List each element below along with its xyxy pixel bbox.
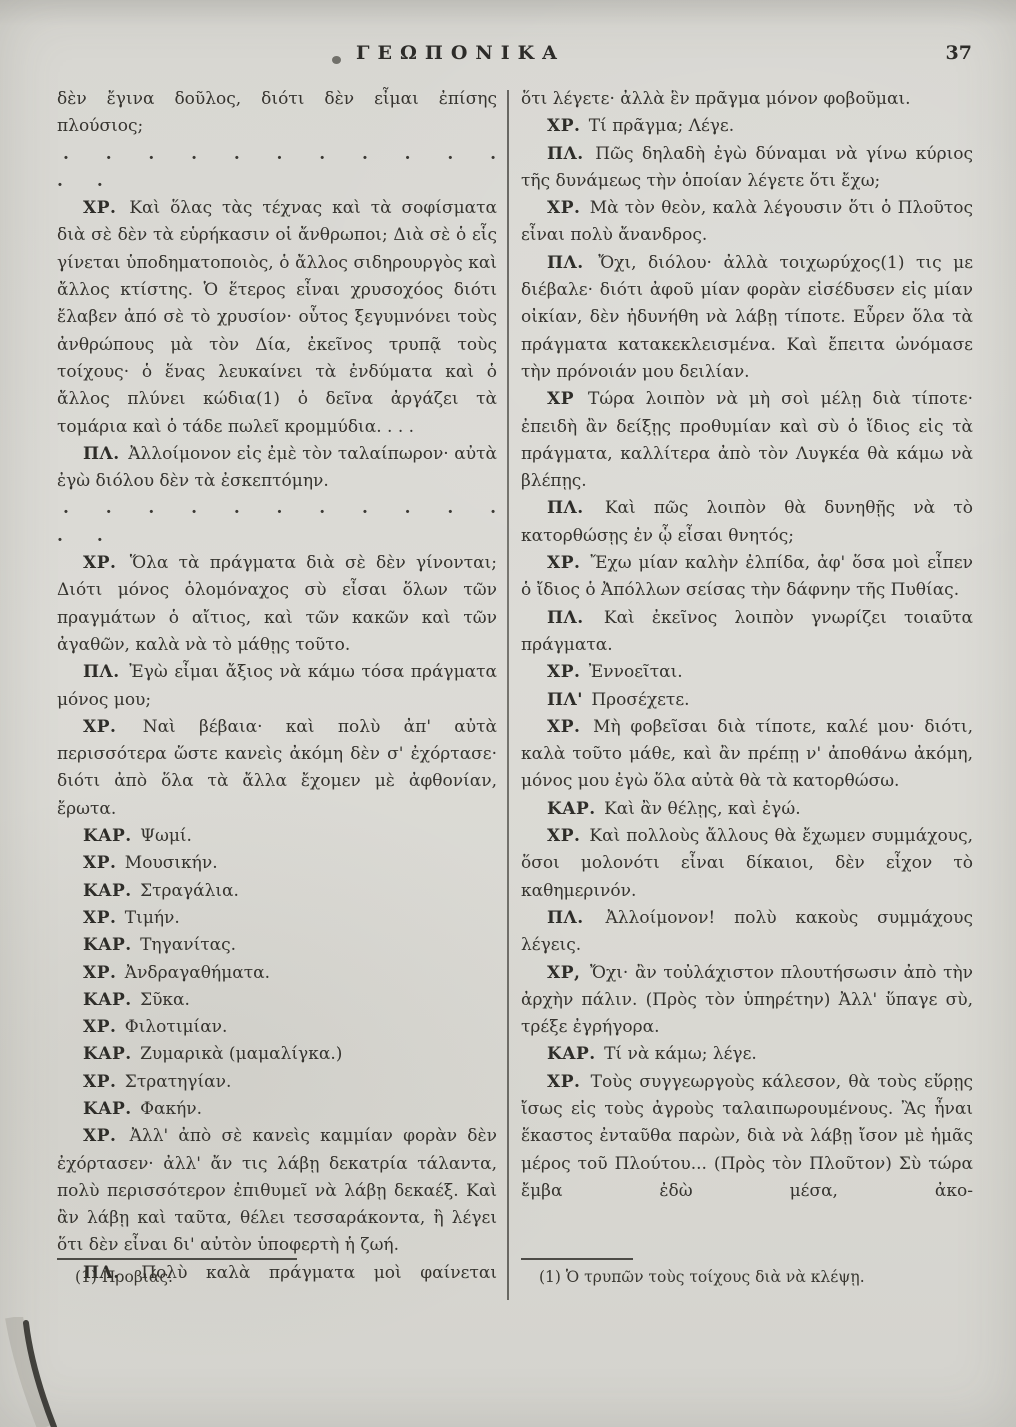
paragraph: ΚΑΡ. Φακήν.	[57, 1096, 497, 1123]
speaker-label: ΚΑΡ.	[83, 881, 135, 901]
speaker-label: ΚΑΡ.	[83, 826, 135, 846]
paragraph: ὅτι λέγετε· ἀλλὰ ἓν πρᾶγμα μόνον φοβοῦμα…	[521, 86, 973, 113]
speaker-label: ΧΡ.	[547, 826, 583, 846]
footnote-rule-right	[521, 1258, 633, 1260]
paragraph: ΠΛ. Πῶς δηλαδὴ ἐγὼ δύναμαι νὰ γίνω κύριο…	[521, 141, 973, 196]
paragraph: ΚΑΡ. Τί νὰ κάμω; λέγε.	[521, 1041, 973, 1068]
running-title: ΓΕΩΠΟΝΙΚΑ	[356, 42, 565, 64]
paragraph: ΧΡ. Ἀνδραγαθήματα.	[57, 960, 497, 987]
ink-smudge	[332, 56, 341, 64]
paragraph: ΧΡ. Ὅλα τὰ πράγματα διὰ σὲ δὲν γίνονται;…	[57, 550, 497, 659]
speaker-label: ΠΛ.	[547, 498, 587, 518]
paragraph: ΧΡ. Φιλοτιμίαν.	[57, 1014, 497, 1041]
speaker-label: ΚΑΡ.	[547, 799, 599, 819]
paragraph: ΧΡ. Καὶ ὅλας τὰς τέχνας καὶ τὰ σοφίσματα…	[57, 195, 497, 441]
speaker-label: ΠΛ.	[547, 144, 587, 164]
speaker-label: ΠΛ'	[547, 690, 586, 710]
book-page: ΓΕΩΠΟΝΙΚΑ 37 δὲν ἔγινα δοῦλος, διότι δὲν…	[0, 0, 1016, 1427]
paragraph: ΚΑΡ. Σῦκα.	[57, 987, 497, 1014]
speaker-label: ΧΡ.	[83, 908, 119, 928]
speaker-label: ΧΡ.	[83, 1017, 119, 1037]
ellipsis-row: . . . . . . . . . . . . .	[57, 141, 497, 196]
speaker-label: ΧΡ.	[547, 116, 583, 136]
paragraph: ΠΛ. Καὶ πῶς λοιπὸν θὰ δυνηθῇς νὰ τὸ κατο…	[521, 495, 973, 550]
speaker-label: ΧΡ.	[83, 553, 119, 573]
paragraph: ΧΡ, Ὄχι· ἂν τοὐλάχιστον πλουτήσωσιν ἀπὸ …	[521, 960, 973, 1042]
speaker-label: ΧΡ.	[83, 963, 119, 983]
page-number: 37	[946, 42, 972, 64]
paragraph: ΧΡ. Μὴ φοβεῖσαι διὰ τίποτε, καλέ μου· δι…	[521, 714, 973, 796]
speaker-label: ΚΑΡ.	[83, 990, 135, 1010]
paragraph: ΧΡ. Μὰ τὸν θεὸν, καλὰ λέγουσιν ὅτι ὁ Πλο…	[521, 195, 973, 250]
speaker-label: ΧΡ,	[547, 963, 583, 983]
column-right: ὅτι λέγετε· ἀλλὰ ἓν πρᾶγμα μόνον φοβοῦμα…	[521, 86, 973, 1205]
paragraph: ΧΡ. Στρατηγίαν.	[57, 1069, 497, 1096]
speaker-label: ΠΛ.	[547, 253, 587, 273]
paragraph: ΧΡ. Τοὺς συγγεωργοὺς κάλεσον, θὰ τοὺς εὕ…	[521, 1069, 973, 1205]
speaker-label: ΚΑΡ.	[83, 1044, 135, 1064]
paragraph: ΧΡ. Τί πρᾶγμα; Λέγε.	[521, 113, 973, 140]
speaker-label: ΧΡ	[547, 389, 577, 409]
paragraph: ΧΡ. Καὶ πολλοὺς ἄλλους θὰ ἔχωμεν συμμάχο…	[521, 823, 973, 905]
paragraph: ΧΡ Τώρα λοιπὸν νὰ μὴ σοὶ μέλῃ διὰ τίποτε…	[521, 386, 973, 495]
paragraph: ΧΡ. Ἀλλ' ἀπὸ σὲ κανεὶς καμμίαν φορὰν δὲν…	[57, 1123, 497, 1259]
footnote-right: (1) Ὁ τρυπῶν τοὺς τοίχους διὰ νὰ κλέψῃ.	[521, 1258, 973, 1286]
paragraph: ΧΡ. Μουσικήν.	[57, 850, 497, 877]
speaker-label: ΠΛ.	[83, 662, 123, 682]
paragraph: ΚΑΡ. Ψωμί.	[57, 823, 497, 850]
footnote-text-left: (1) Προβιάς.	[57, 1268, 497, 1286]
paragraph: ΚΑΡ. Ζυμαρικὰ (μαμαλίγκα.)	[57, 1041, 497, 1068]
paragraph: ΠΛ. Ἀλλοίμονον! πολὺ κακοὺς συμμάχους λέ…	[521, 905, 973, 960]
footnote-left: (1) Προβιάς.	[57, 1258, 497, 1286]
speaker-label: ΧΡ.	[83, 198, 119, 218]
paragraph: ΚΑΡ. Τηγανίτας.	[57, 932, 497, 959]
paragraph: ΧΡ. Ἔχω μίαν καλὴν ἐλπίδα, ἀφ' ὅσα μοὶ ε…	[521, 550, 973, 605]
speaker-label: ΧΡ.	[83, 717, 119, 737]
speaker-label: ΧΡ.	[547, 198, 583, 218]
speaker-label: ΠΛ.	[83, 444, 123, 464]
paragraph: ΧΡ. Ναὶ βέβαια· καὶ πολὺ ἀπ' αὐτὰ περισσ…	[57, 714, 497, 823]
speaker-label: ΚΑΡ.	[83, 1099, 135, 1119]
speaker-label: ΧΡ.	[83, 1072, 119, 1092]
speaker-label: ΧΡ.	[547, 553, 583, 573]
paragraph: ΧΡ. Ἐννοεῖται.	[521, 659, 973, 686]
paragraph: ΠΛ. Καὶ ἐκεῖνος λοιπὸν γνωρίζει τοιαῦτα …	[521, 605, 973, 660]
speaker-label: ΠΛ.	[547, 608, 587, 628]
page-curl-artifact	[0, 1317, 130, 1427]
speaker-label: ΧΡ.	[547, 662, 583, 682]
speaker-label: ΚΑΡ.	[547, 1044, 599, 1064]
paragraph: ΠΛ. Ὄχι, διόλου· ἀλλὰ τοιχωρύχος(1) τις …	[521, 250, 973, 386]
column-divider	[507, 90, 509, 1300]
speaker-label: ΚΑΡ.	[83, 935, 135, 955]
paragraph: ΠΛ. Ἀλλοίμονον εἰς ἐμὲ τὸν ταλαίπωρον· α…	[57, 441, 497, 496]
speaker-label: ΧΡ.	[547, 717, 583, 737]
paragraph: δὲν ἔγινα δοῦλος, διότι δὲν εἶμαι ἐπίσης…	[57, 86, 497, 141]
paragraph: ΚΑΡ. Καὶ ἂν θέλῃς, καὶ ἐγώ.	[521, 796, 973, 823]
paragraph: ΠΛ. Ἐγὼ εἶμαι ἄξιος νὰ κάμω τόσα πράγματ…	[57, 659, 497, 714]
speaker-label: ΠΛ.	[547, 908, 587, 928]
column-left: δὲν ἔγινα δοῦλος, διότι δὲν εἶμαι ἐπίσης…	[57, 86, 497, 1287]
paragraph: ΚΑΡ. Στραγάλια.	[57, 878, 497, 905]
speaker-label: ΧΡ.	[83, 1126, 119, 1146]
speaker-label: ΧΡ.	[547, 1072, 583, 1092]
footnote-rule-left	[57, 1258, 297, 1260]
footnote-text-right: (1) Ὁ τρυπῶν τοὺς τοίχους διὰ νὰ κλέψῃ.	[521, 1268, 973, 1286]
paragraph: ΧΡ. Τιμήν.	[57, 905, 497, 932]
ellipsis-row: . . . . . . . . . . . . .	[57, 495, 497, 550]
paragraph: ΠΛ' Προσέχετε.	[521, 687, 973, 714]
speaker-label: ΧΡ.	[83, 853, 119, 873]
